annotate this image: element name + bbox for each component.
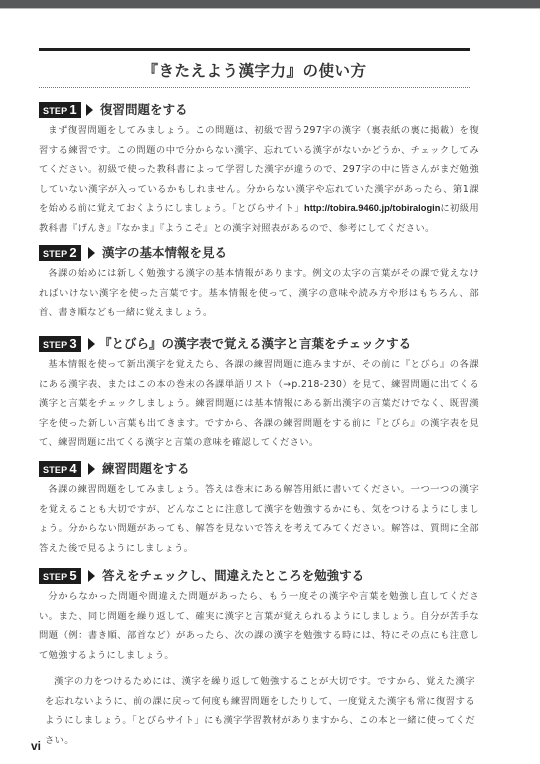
step-arrow-icon <box>88 570 95 582</box>
title-rule-top <box>39 48 470 51</box>
step-5-header: STEP 5 答えをチェックし、間違えたところを勉強する <box>39 567 479 585</box>
step-arrow-icon <box>88 247 95 259</box>
step-5-paragraph: 分からなかった問題や間違えた問題があったら、もう一度その漢字や言葉を勉強し直して… <box>39 587 479 665</box>
step-badge-word: STEP <box>43 103 67 119</box>
step-4-header: STEP 4 練習問題をする <box>39 460 479 478</box>
step-badge-word: STEP <box>43 462 67 478</box>
step-2-header: STEP 2 漢字の基本情報を見る <box>39 244 479 262</box>
page-title: 『きたえよう漢字力』の使い方 <box>39 59 470 81</box>
step-badge-number: 1 <box>69 102 76 118</box>
step-badge-number: 3 <box>69 336 76 352</box>
step-badge-number: 2 <box>69 245 76 261</box>
step-5-badge: STEP 5 <box>39 568 81 584</box>
step-arrow-icon <box>88 463 95 475</box>
step-3-section: STEP 3 『とびら』の漢字表で覚える漢字と言葉をチェックする 基本情報を使っ… <box>39 335 479 453</box>
step-1-title: 復習問題をする <box>100 101 188 119</box>
step-1-text: まず復習問題をしてみましょう。この問題は、初級で習う297字の漢字（裏表紙の裏に… <box>39 125 479 214</box>
tobira-site-url[interactable]: http://tobira.9460.jp/tobiralogin <box>304 203 440 213</box>
closing-paragraph: 漢字の力をつけるためには、漢字を繰り返して勉強することが大切です。ですから、覚え… <box>45 672 475 750</box>
page-number: vi <box>31 739 41 753</box>
step-1-section: STEP 1 復習問題をする まず復習問題をしてみましょう。この問題は、初級で習… <box>39 101 479 239</box>
step-3-badge: STEP 3 <box>39 336 81 352</box>
step-badge-word: STEP <box>43 337 67 353</box>
step-2-section: STEP 2 漢字の基本情報を見る 各課の始めには新しく勉強する漢字の基本情報が… <box>39 244 479 323</box>
step-5-section: STEP 5 答えをチェックし、間違えたところを勉強する 分からなかった問題や間… <box>39 567 479 665</box>
step-3-title: 『とびら』の漢字表で覚える漢字と言葉をチェックする <box>99 335 411 353</box>
step-1-badge: STEP 1 <box>39 102 81 118</box>
step-3-header: STEP 3 『とびら』の漢字表で覚える漢字と言葉をチェックする <box>39 335 479 353</box>
step-4-title: 練習問題をする <box>102 460 190 478</box>
step-4-badge: STEP 4 <box>39 461 81 477</box>
step-badge-number: 5 <box>69 568 76 584</box>
step-arrow-icon <box>86 104 93 116</box>
step-5-title: 答えをチェックし、間違えたところを勉強する <box>102 567 364 585</box>
step-1-paragraph: まず復習問題をしてみましょう。この問題は、初級で習う297字の漢字（裏表紙の裏に… <box>39 121 479 239</box>
top-bar <box>0 0 540 8</box>
step-badge-word: STEP <box>43 569 67 585</box>
step-1-header: STEP 1 復習問題をする <box>39 101 479 119</box>
top-bar-edge <box>0 8 540 9</box>
title-rule-dotted <box>39 87 470 88</box>
step-4-paragraph: 各課の練習問題をしてみましょう。答えは巻末にある解答用紙に書いてください。一つ一… <box>39 480 479 558</box>
step-arrow-icon <box>88 338 95 350</box>
step-3-paragraph: 基本情報を使って新出漢字を覚えたら、各課の練習問題に進みますが、その前に『とびら… <box>39 355 479 453</box>
step-badge-number: 4 <box>69 461 76 477</box>
step-2-badge: STEP 2 <box>39 245 81 261</box>
step-4-section: STEP 4 練習問題をする 各課の練習問題をしてみましょう。答えは巻末にある解… <box>39 460 479 558</box>
step-2-paragraph: 各課の始めには新しく勉強する漢字の基本情報があります。例文の太字の言葉がその課で… <box>39 264 479 323</box>
step-2-title: 漢字の基本情報を見る <box>102 244 227 262</box>
step-badge-word: STEP <box>43 246 67 262</box>
